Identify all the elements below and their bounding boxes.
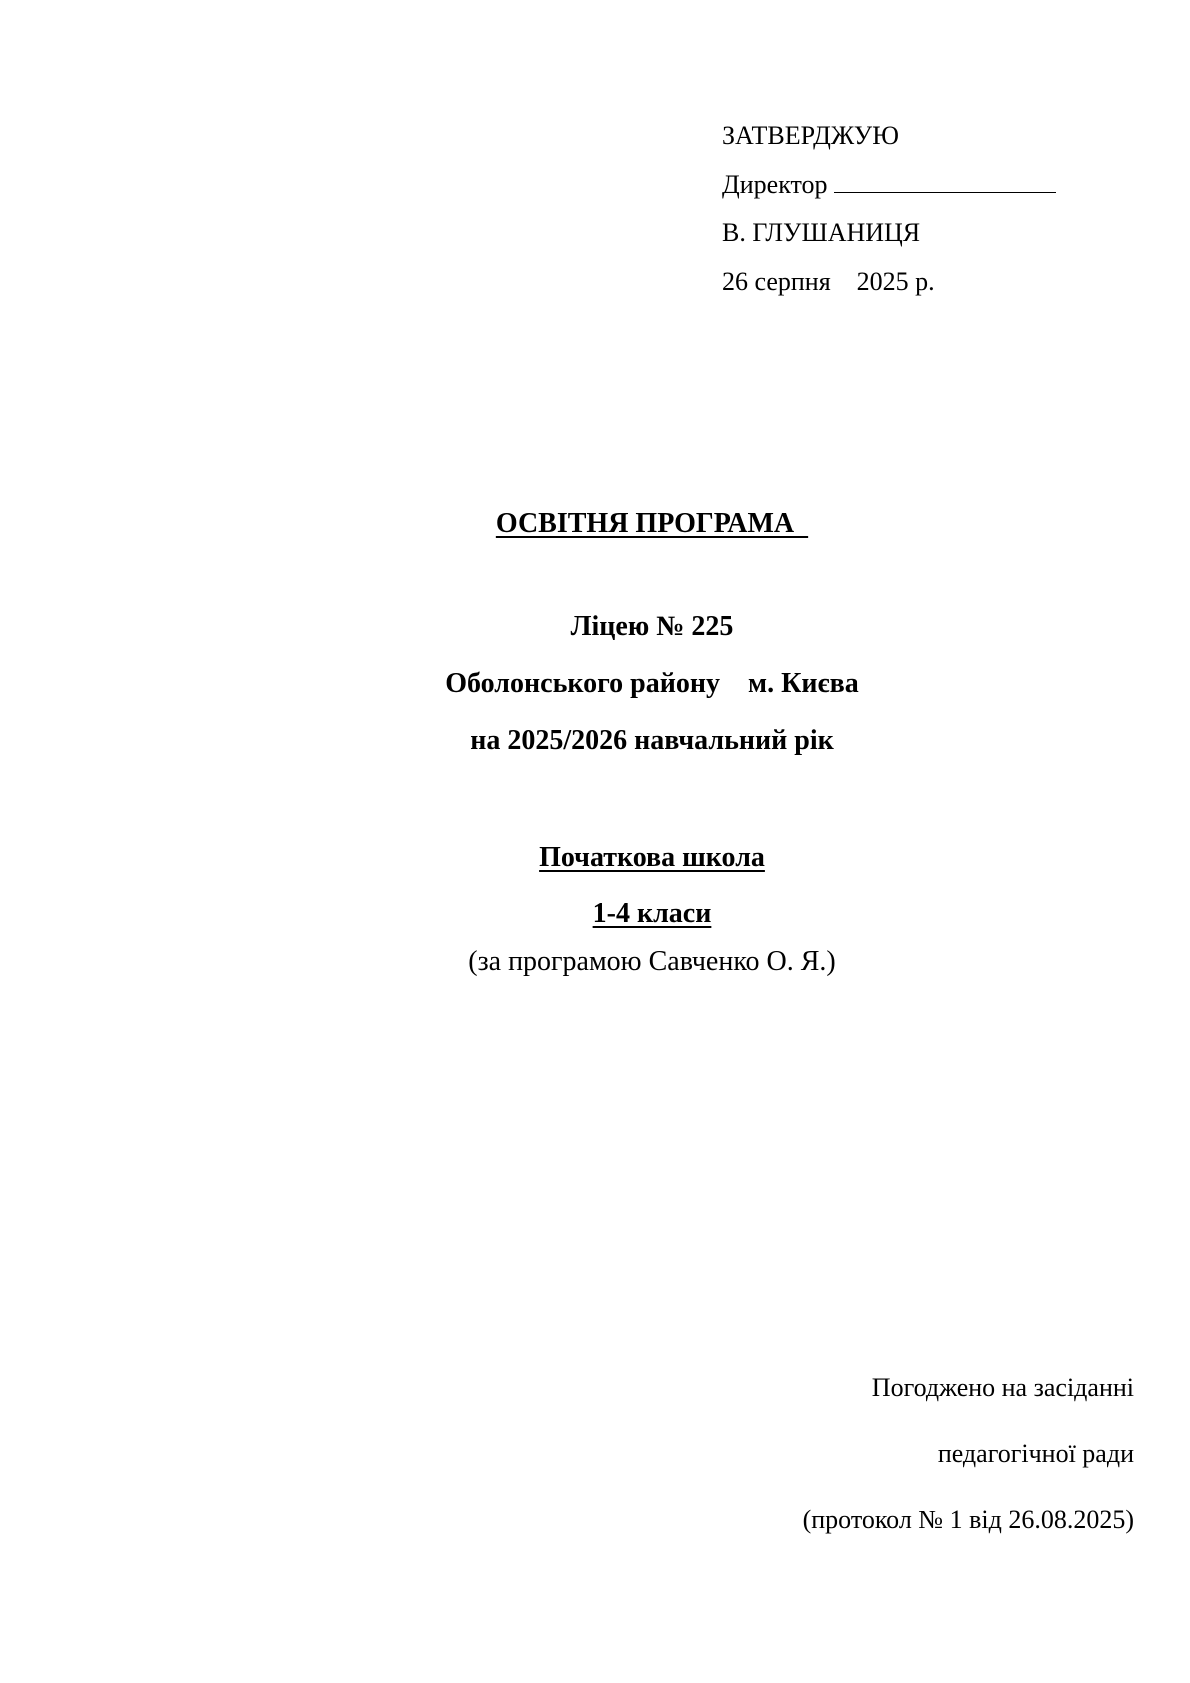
academic-year: на 2025/2026 навчальний рік (0, 712, 1190, 769)
school-block: Ліцею № 225 Оболонського району м. Києва… (0, 598, 1190, 769)
level-grades: 1-4 класи (593, 898, 712, 929)
agreement-line-1: Погоджено на засіданні (803, 1355, 1134, 1421)
school-district: Оболонського району м. Києва (0, 655, 1190, 712)
approval-block: ЗАТВЕРДЖУЮ Директор В. ГЛУШАНИЦЯ 26 серп… (722, 112, 1056, 306)
document-title: ОСВІТНЯ ПРОГРАМА (0, 508, 1190, 540)
title-heading: ОСВІТНЯ ПРОГРАМА (496, 508, 808, 539)
approval-heading: ЗАТВЕРДЖУЮ (722, 112, 1056, 161)
document-page: ЗАТВЕРДЖУЮ Директор В. ГЛУШАНИЦЯ 26 серп… (0, 0, 1190, 1683)
director-line: Директор (722, 161, 1056, 210)
director-label: Директор (722, 170, 828, 199)
approval-date: 26 серпня 2025 р. (722, 258, 1056, 307)
director-name: В. ГЛУШАНИЦЯ (722, 209, 1056, 258)
program-note: (за програмою Савченко О. Я.) (0, 946, 1190, 978)
agreement-block: Погоджено на засіданні педагогічної ради… (803, 1355, 1134, 1553)
signature-line (834, 172, 1056, 193)
level-block: Початкова школа 1-4 класи (0, 830, 1190, 942)
agreement-line-2: педагогічної ради (803, 1421, 1134, 1487)
level-name: Початкова школа (539, 842, 765, 873)
agreement-line-3: (протокол № 1 від 26.08.2025) (803, 1487, 1134, 1553)
school-name: Ліцею № 225 (0, 598, 1190, 655)
